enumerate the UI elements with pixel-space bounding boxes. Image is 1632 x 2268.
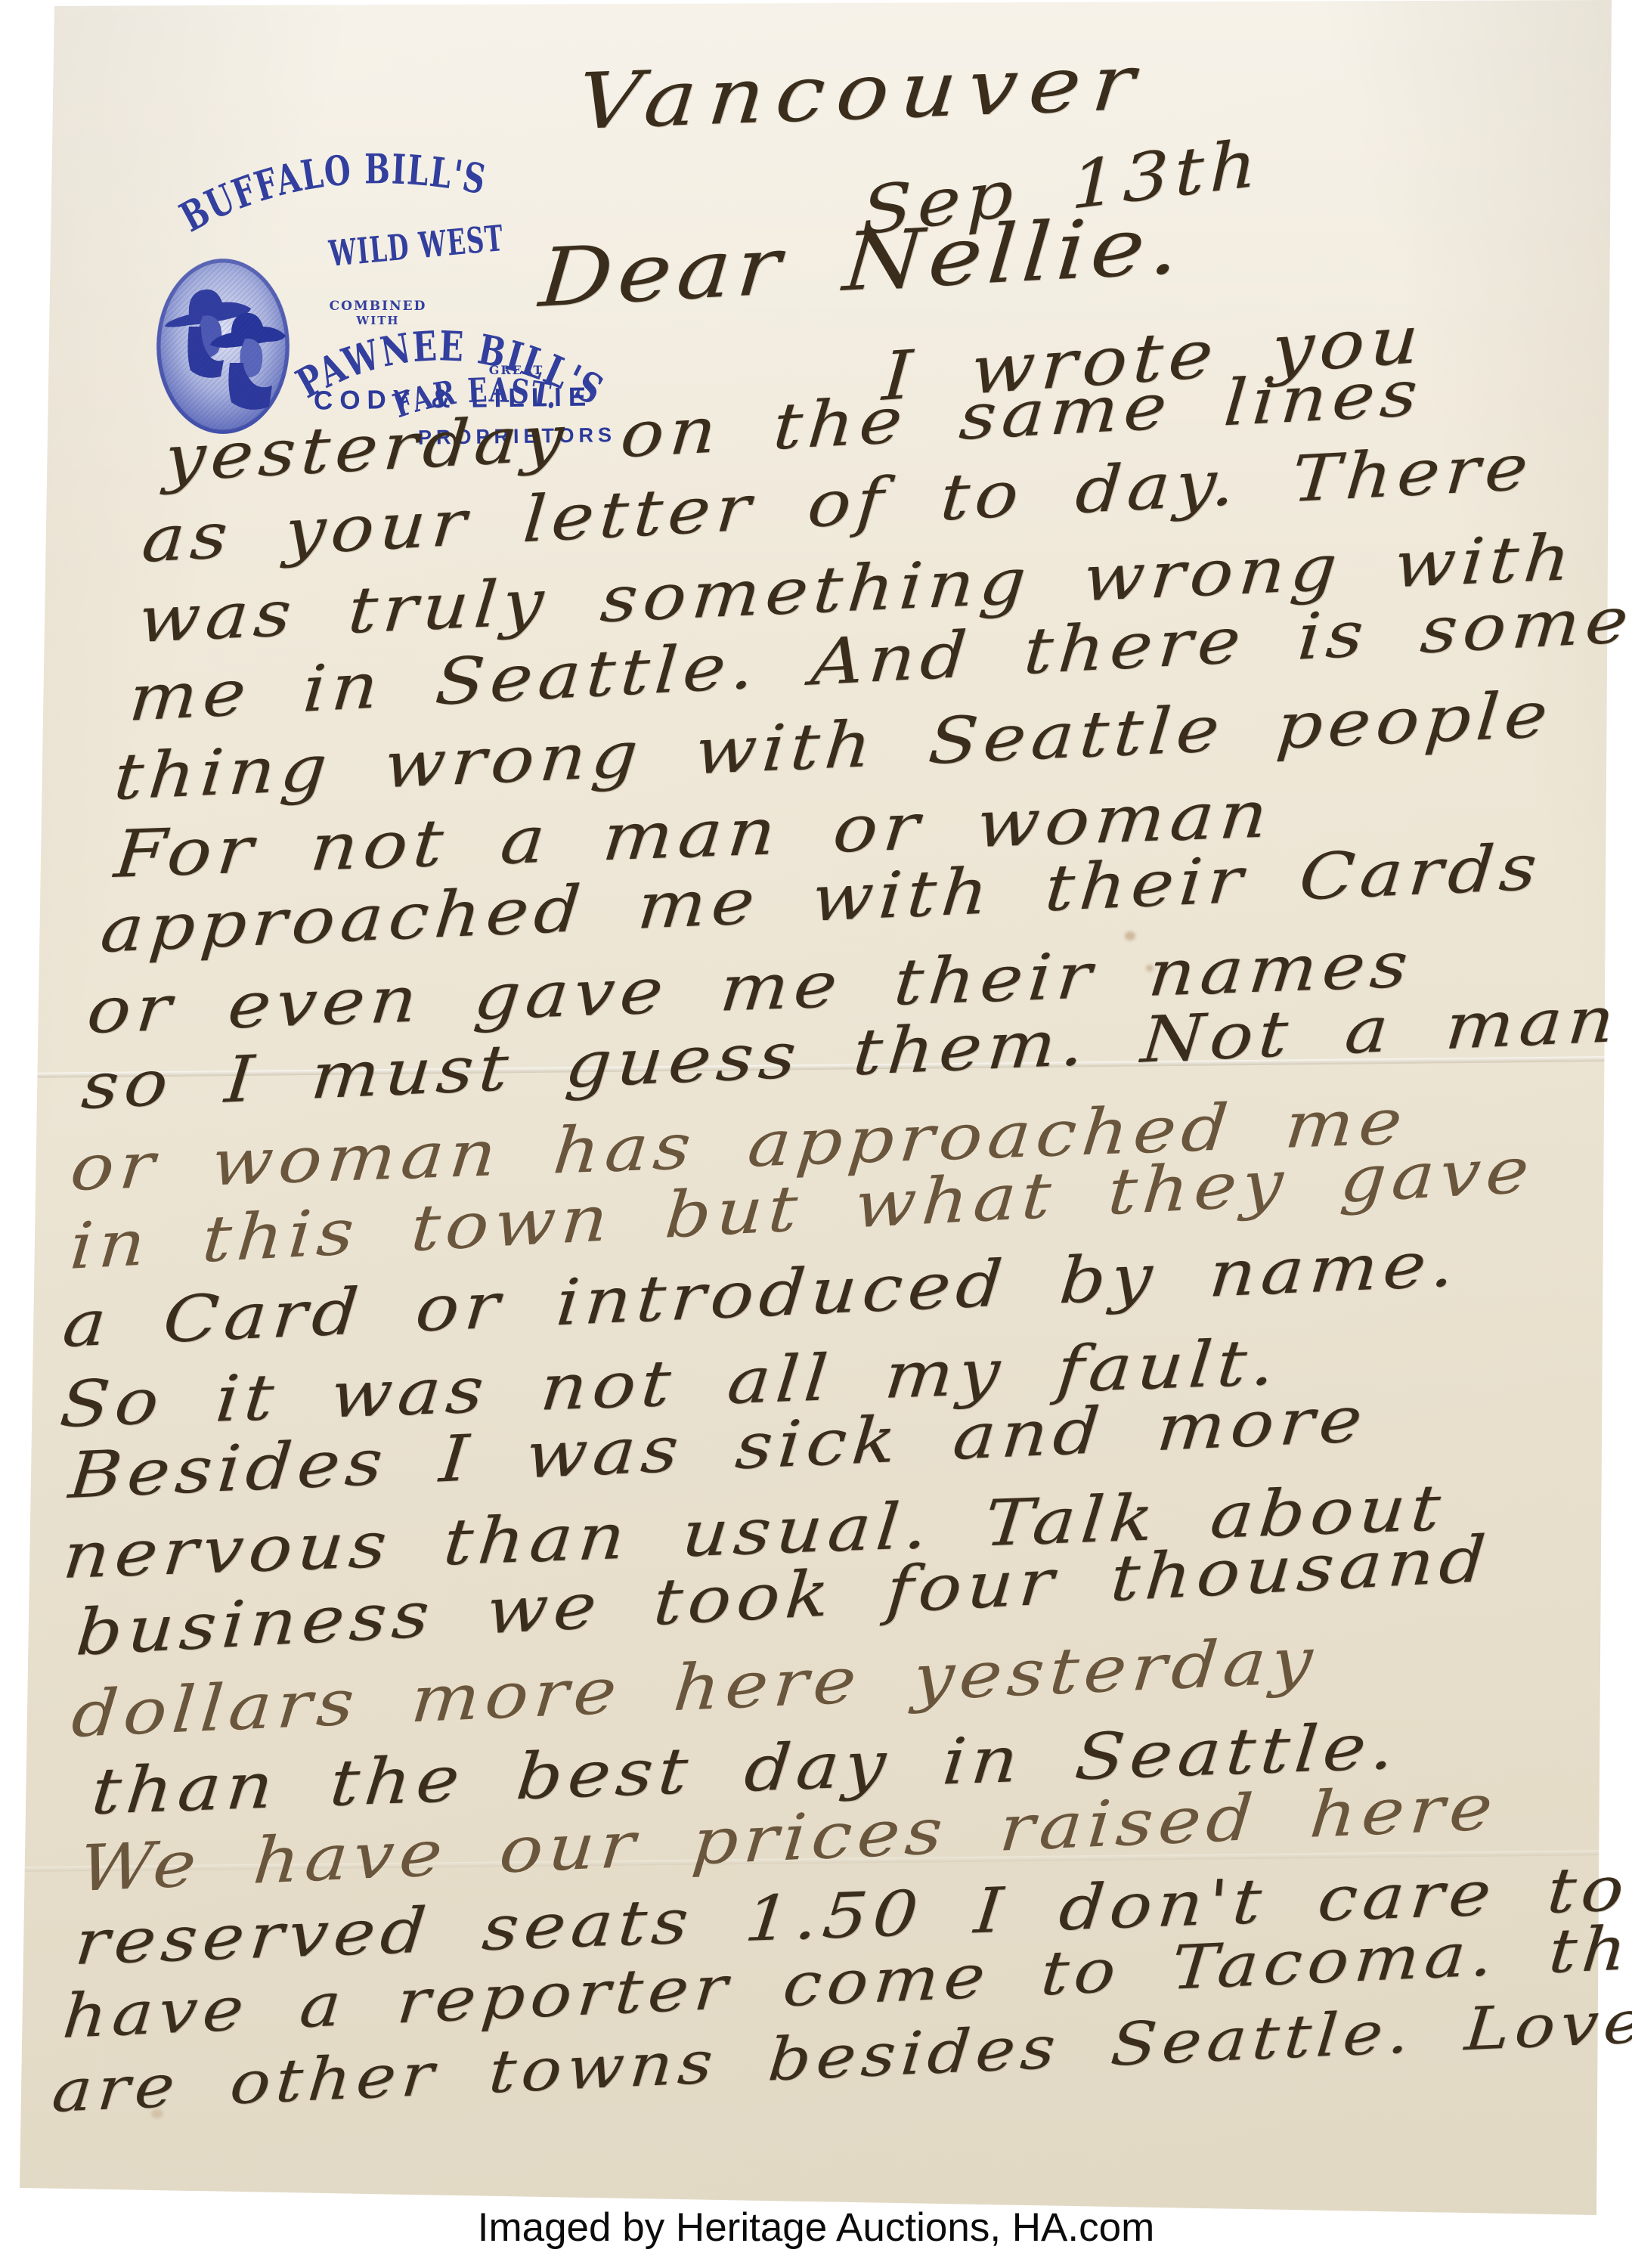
letterhead-great-label: GREAT bbox=[489, 363, 544, 377]
letterhead-combined-label: COMBINED bbox=[330, 299, 427, 314]
letterhead-title-wild-west-text: WILD WEST bbox=[327, 218, 506, 275]
cody-and-lillie-portrait-icon bbox=[156, 259, 290, 434]
page-background: BUFFALO BILL'S WILD WEST PAWNEE BILL'S F… bbox=[0, 0, 1632, 2268]
handwritten-place-line: Vancouver bbox=[574, 44, 1149, 141]
image-credit-line: Imaged by Heritage Auctions, HA.com bbox=[0, 2204, 1632, 2251]
letterhead-title-wild-west: WILD WEST bbox=[327, 218, 506, 275]
letterhead-with-label: WITH bbox=[355, 314, 399, 327]
